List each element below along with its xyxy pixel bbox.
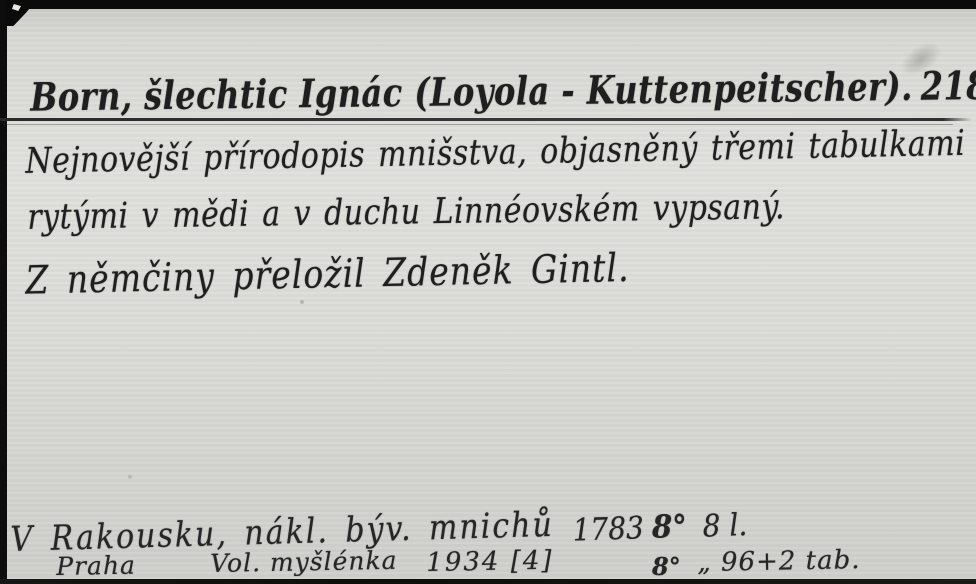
- title-line-1: Nejnovější přírodopis mnišstva, objasněn…: [25, 123, 966, 182]
- imprint-extent-1934: „ 96+2 tab.: [697, 545, 861, 578]
- imprint-place-1934: Praha: [56, 551, 136, 581]
- ruled-separator: [0, 118, 972, 121]
- catalog-card-scan: Born, šlechtic Ignác (Loyola - Kuttenpei…: [0, 0, 976, 584]
- scan-corner-notch: [5, 2, 35, 26]
- title-line-2: rytými v mědi a v duchu Linnéovském vyps…: [27, 186, 785, 238]
- shelf-number: 21831: [920, 62, 976, 110]
- scan-edge-top: [0, 0, 976, 9]
- imprint-extent-1783: 8 l.: [702, 506, 748, 544]
- imprint-format-1934: 8°: [652, 552, 681, 581]
- imprint-format-1783: 8°: [652, 508, 687, 545]
- author-name: Born, šlechtic Ignác (Loyola - Kuttenpei…: [30, 63, 913, 120]
- paper-speck: [300, 300, 304, 304]
- paper-speck: [128, 475, 132, 479]
- translator-note: Z němčiny přeložil Zdeněk Gintl.: [25, 244, 630, 303]
- imprint-year-1783: 1783: [572, 510, 644, 549]
- author-heading: Born, šlechtic Ignác (Loyola - Kuttenpei…: [30, 62, 976, 121]
- scan-edge-bottom: [0, 579, 976, 584]
- ruled-separator-echo: [3, 124, 953, 125]
- imprint-publisher-1934: Vol. myšlénka: [210, 546, 398, 578]
- scan-edge-left: [0, 0, 7, 584]
- imprint-year-1934: 1934 [4]: [426, 546, 554, 578]
